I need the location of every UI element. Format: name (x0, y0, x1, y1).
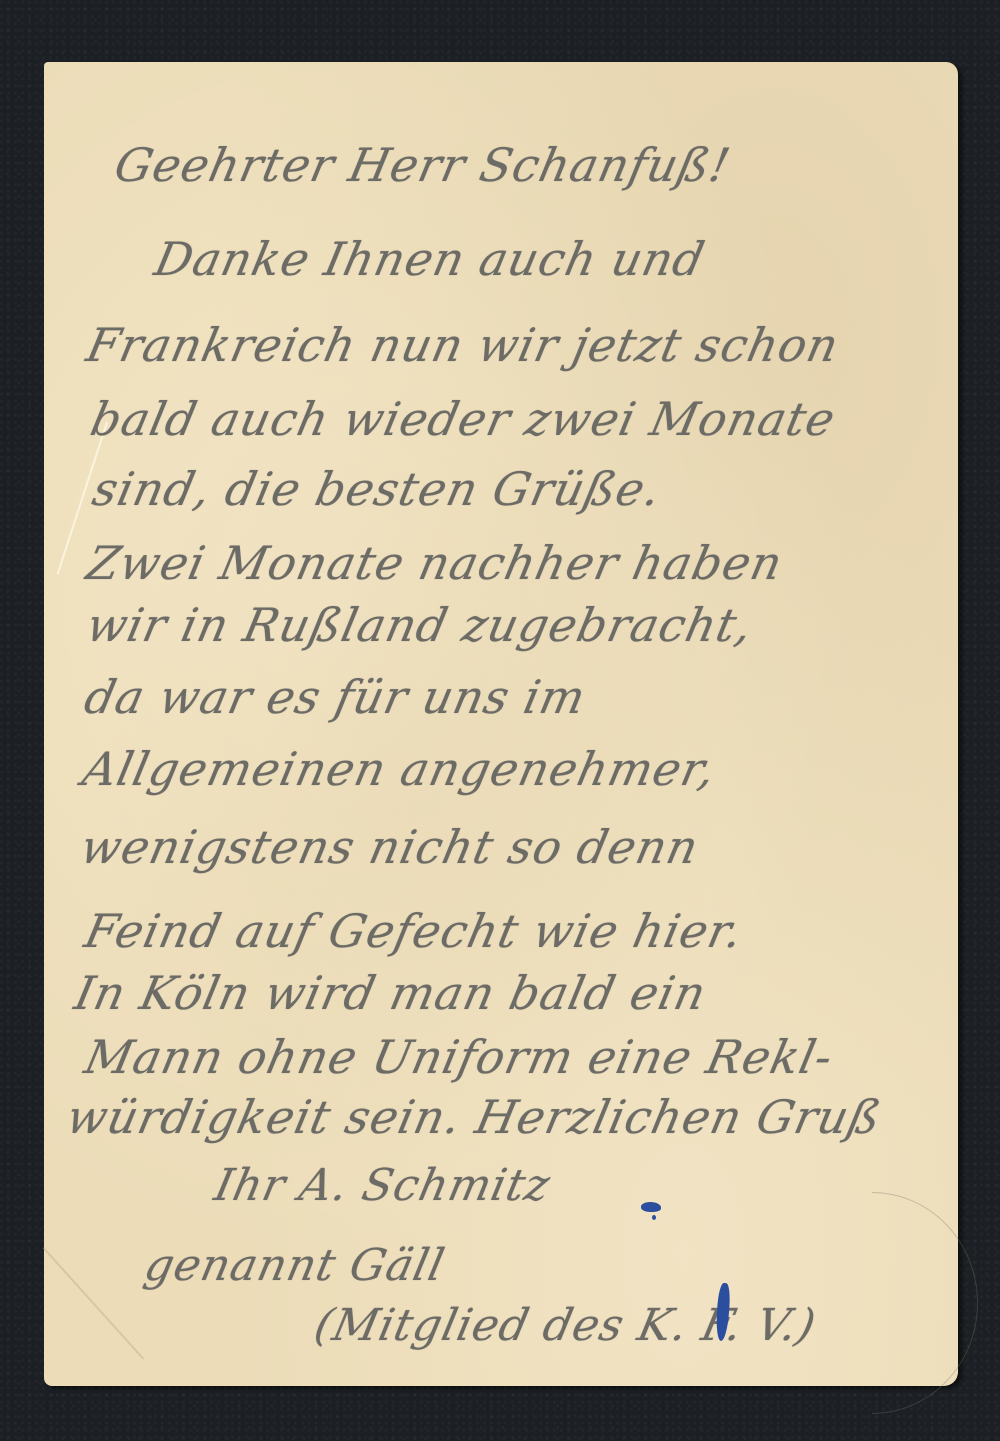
body-line-11: In Köln wird man bald ein (70, 966, 711, 1020)
signature-nickname: genannt Gäll (140, 1240, 449, 1291)
body-line-7: da war es für uns im (80, 670, 591, 724)
signature-name: Ihr A. Schmitz (210, 1160, 555, 1211)
body-line-1: Danke Ihnen auch und (150, 232, 710, 286)
body-line-9: wenigstens nicht so denn (76, 820, 704, 874)
body-line-2: Frankreich nun wir jetzt schon (82, 318, 844, 372)
salutation: Geehrter Herr Schanfuß! (110, 138, 735, 192)
signature-membership: (Mitglied des K. F. V.) (310, 1300, 821, 1351)
body-line-12: Mann ohne Uniform eine Rekl- (80, 1030, 838, 1084)
body-line-6: wir in Rußland zugebracht, (82, 598, 758, 652)
corner-fold (43, 1247, 145, 1360)
body-line-4: sind, die besten Grüße. (88, 462, 666, 516)
body-line-3: bald auch wieder zwei Monate (86, 392, 841, 446)
body-line-8: Allgemeinen angenehmer, (78, 742, 721, 796)
blue-ink-dot (652, 1215, 656, 1220)
body-line-10: Feind auf Gefecht wie hier. (80, 904, 748, 958)
body-line-13: würdigkeit sein. Herzlichen Gruß (62, 1090, 886, 1144)
body-line-5: Zwei Monate nachher haben (82, 536, 788, 590)
blue-ink-blot (641, 1202, 661, 1212)
